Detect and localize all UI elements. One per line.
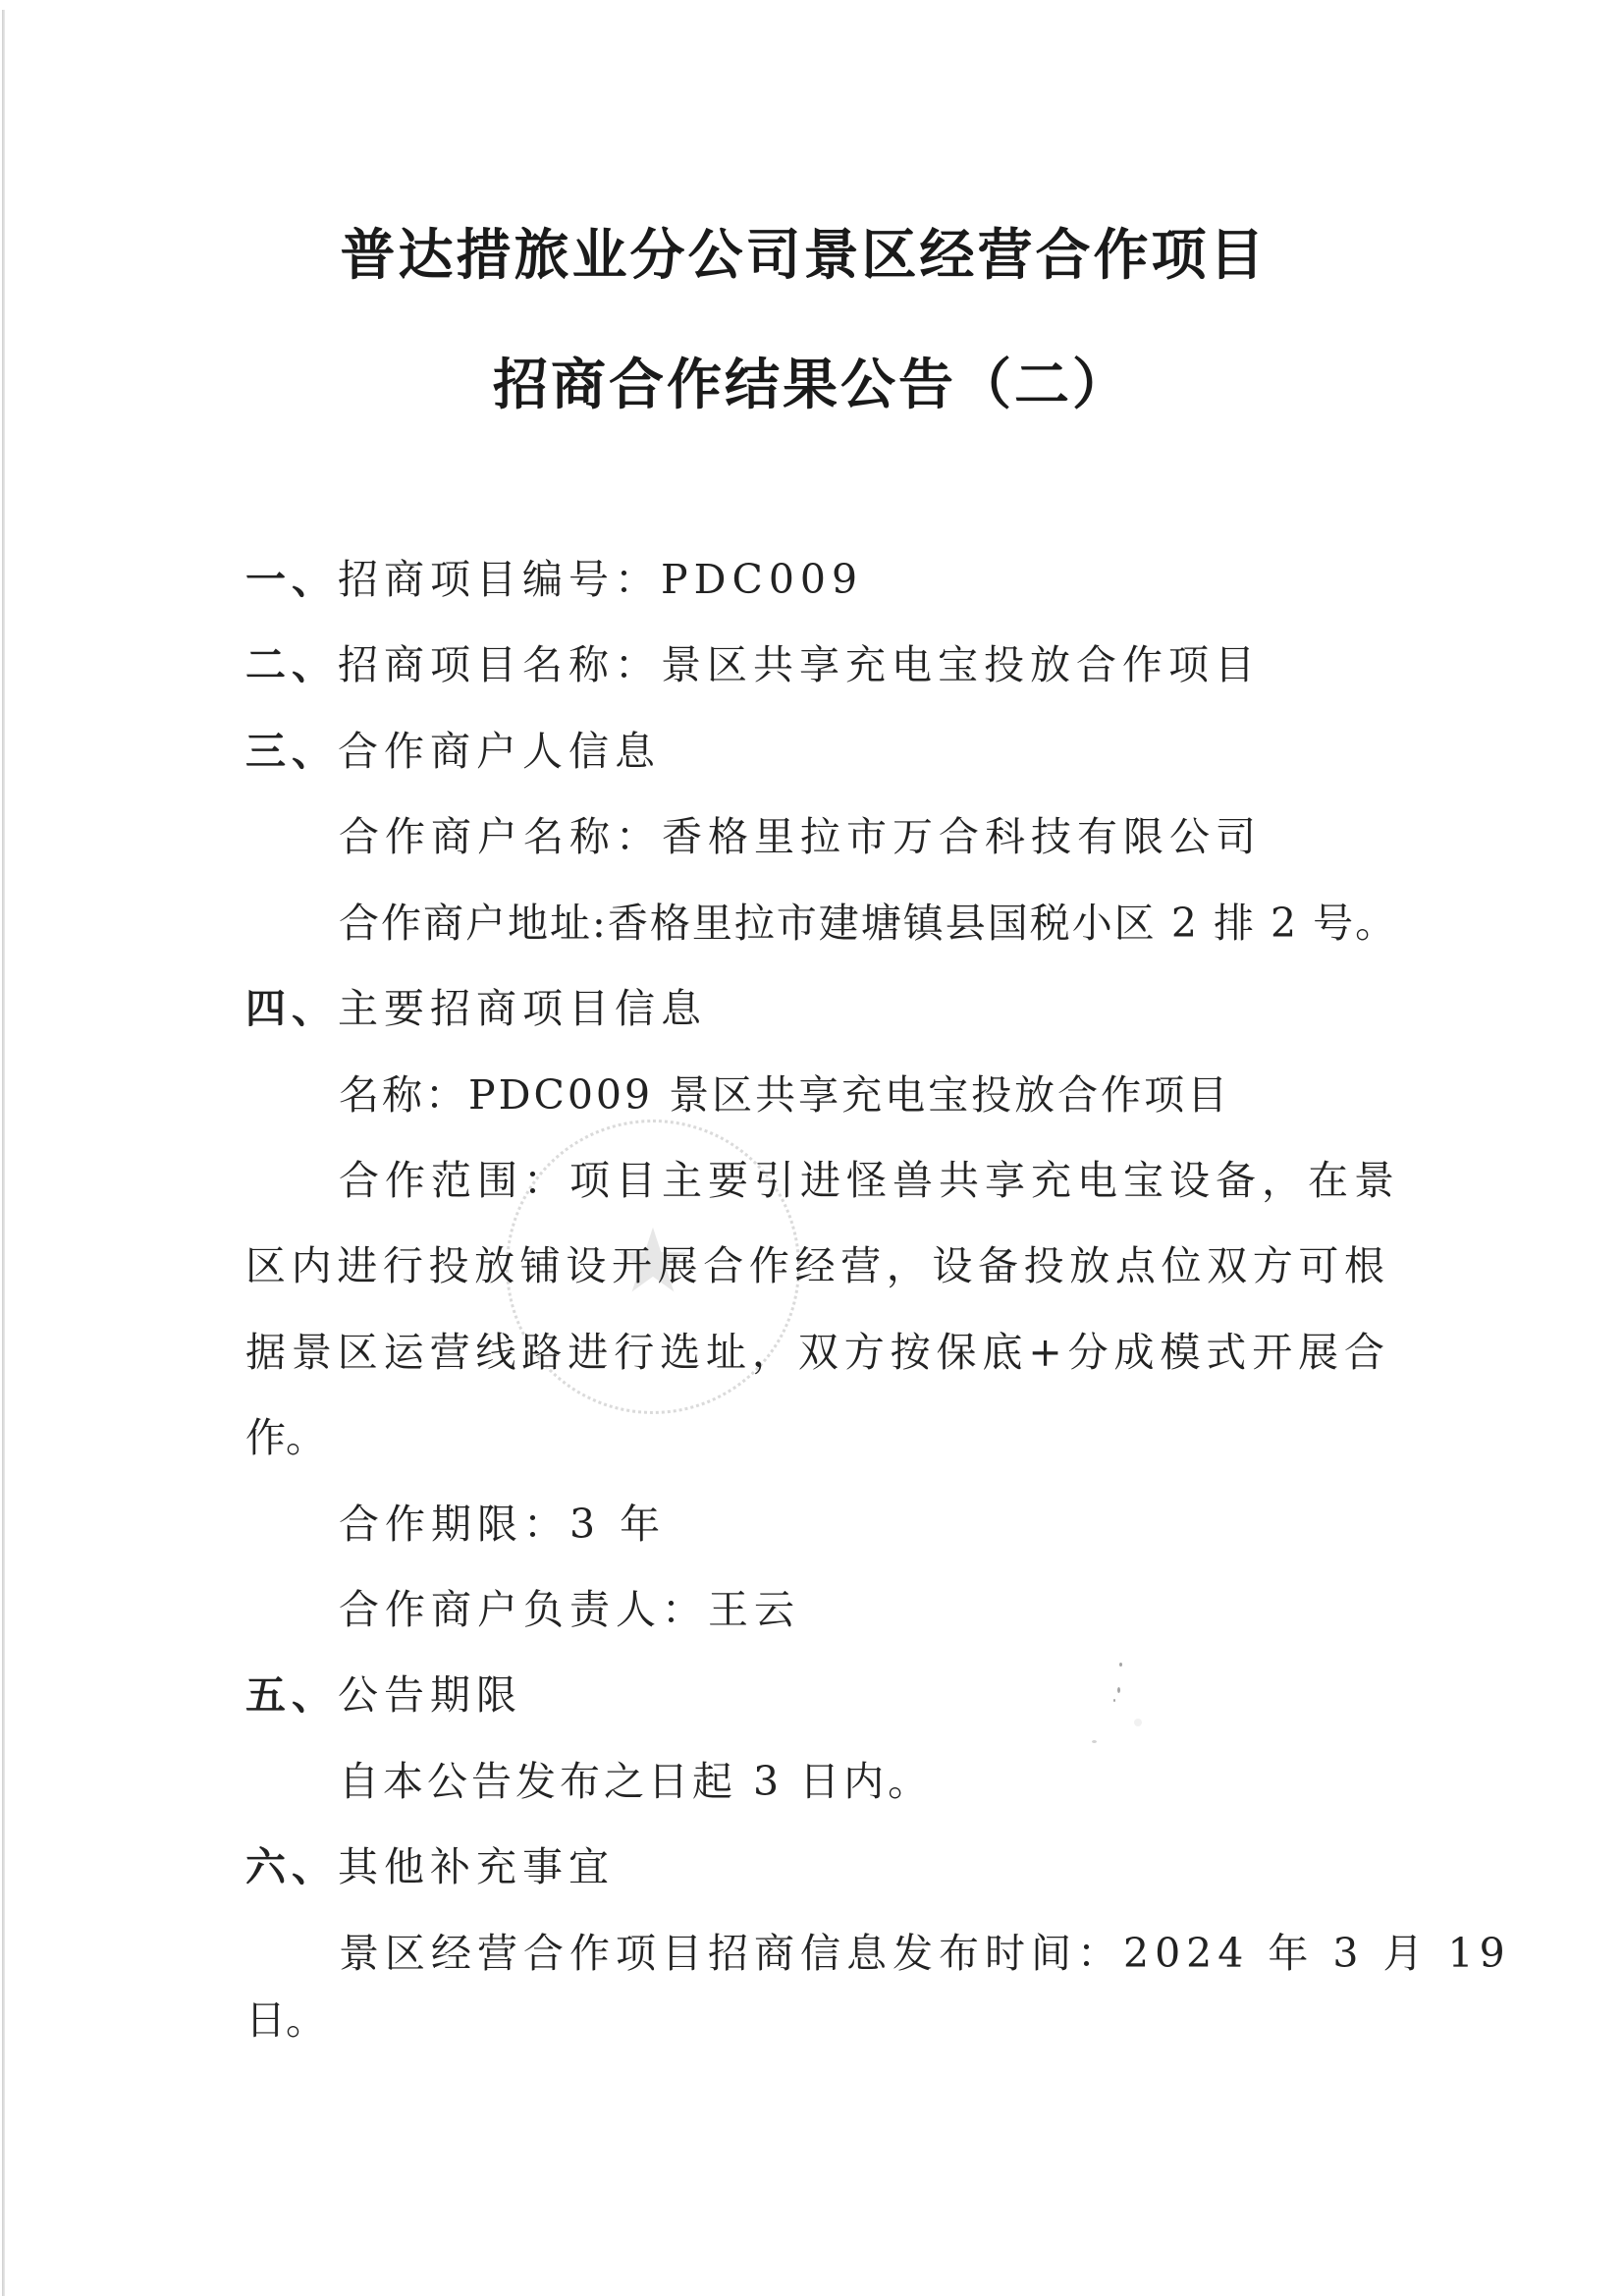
cooperation-scope-line-3: 据景区运营线路进行选址，双方按保底+分成模式开展合 [245, 1328, 1384, 1377]
document-title-line2: 招商合作结果公告（二） [0, 352, 1623, 420]
section-number: 二、 [245, 641, 338, 688]
merchant-contact-person: 合作商户负责人：王云 [339, 1585, 800, 1634]
merchant-address: 合作商户地址:香格里拉市建塘镇县国税小区 2 排 2 号。 [339, 899, 1397, 948]
scan-speck [1113, 1699, 1115, 1702]
section-3: 三、合作商户人信息 [245, 727, 661, 776]
section-1: 一、招商项目编号：PDC009 [245, 555, 863, 604]
section-number: 六、 [245, 1843, 338, 1890]
cooperation-period: 合作期限：3 年 [339, 1500, 666, 1549]
section-number: 一、 [245, 556, 338, 603]
release-time-line-1: 景区经营合作项目招商信息发布时间：2024 年 3 月 19 [339, 1929, 1384, 1978]
project-info-name: 名称：PDC009 景区共享充电宝投放合作项目 [339, 1070, 1230, 1120]
section-number: 四、 [245, 985, 338, 1032]
section-heading: 公告期限 [338, 1671, 522, 1719]
scan-speck [1119, 1663, 1122, 1667]
cooperation-scope-line-4: 作。 [245, 1413, 326, 1462]
section-6: 六、其他补充事宜 [245, 1842, 615, 1891]
section-number: 三、 [245, 728, 338, 775]
section-2: 二、招商项目名称：景区共享充电宝投放合作项目 [245, 640, 1261, 689]
scan-speck [1092, 1740, 1097, 1743]
merchant-name: 合作商户名称：香格里拉市万合科技有限公司 [339, 812, 1262, 861]
scan-speck [1117, 1687, 1120, 1693]
announcement-period: 自本公告发布之日起 3 日内。 [339, 1757, 932, 1806]
section-heading: 合作商户人信息 [338, 728, 661, 775]
document-title-line1: 普达措旅业分公司景区经营合作项目 [0, 222, 1615, 291]
scan-speck [1134, 1719, 1142, 1726]
section-heading: 主要招商项目信息 [338, 985, 707, 1032]
section-4: 四、主要招商项目信息 [245, 984, 707, 1033]
project-name: 招商项目名称：景区共享充电宝投放合作项目 [338, 641, 1261, 688]
section-heading: 其他补充事宜 [338, 1843, 615, 1890]
cooperation-scope-line-2: 区内进行投放铺设开展合作经营，设备投放点位双方可根 [245, 1241, 1384, 1290]
section-5: 五、公告期限 [245, 1670, 522, 1720]
section-number: 五、 [245, 1671, 338, 1719]
cooperation-scope-line-1: 合作范围：项目主要引进怪兽共享充电宝设备，在景 [339, 1156, 1384, 1205]
release-time-line-2: 日。 [245, 1995, 326, 2045]
project-number: 招商项目编号：PDC009 [338, 556, 863, 603]
